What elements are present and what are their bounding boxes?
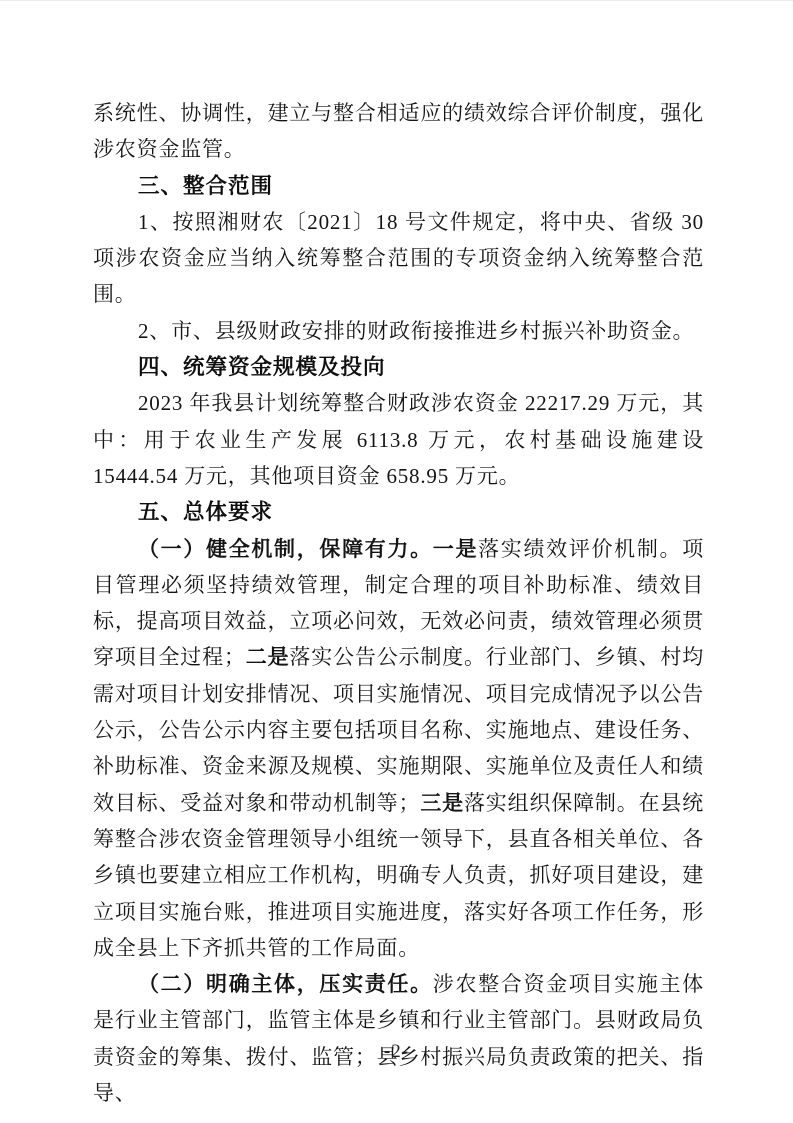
heading-section-4: 四、统筹资金规模及投向 [93, 349, 704, 385]
heading-section-5: 五、总体要求 [93, 494, 704, 530]
para-funding-scale: 2023 年我县计划统筹整合财政涉农资金 22217.29 万元，其中：用于农业… [93, 385, 704, 494]
para-requirement-1-run-3: 落实公告公示制度。行业部门、乡镇、村均需对项目计划安排情况、项目实施情况、项目完… [93, 645, 704, 814]
heading-section-4-run-0: 四、统筹资金规模及投向 [138, 355, 386, 379]
document-page: 系统性、协调性，建立与整合相适应的绩效综合评价制度，强化涉农资金监管。三、整合范… [0, 0, 793, 1123]
para-item-2: 2、市、县级财政安排的财政衔接推进乡村振兴补助资金。 [93, 313, 704, 349]
para-requirement-1-run-4: 三是 [420, 791, 464, 815]
para-requirement-1-run-0: （一）健全机制，保障有力。一是 [138, 537, 478, 561]
para-requirement-1: （一）健全机制，保障有力。一是落实绩效评价机制。项目管理必须坚持绩效管理，制定合… [93, 531, 704, 967]
para-funding-scale-run-0: 2023 年我县计划统筹整合财政涉农资金 22217.29 万元，其中：用于农业… [93, 391, 704, 488]
heading-section-3: 三、整合范围 [93, 168, 704, 204]
para-requirement-2: （二）明确主体，压实责任。涉农整合资金项目实施主体是行业主管部门，监管主体是乡镇… [93, 966, 704, 1111]
para-requirement-2-run-0: （二）明确主体，压实责任。 [138, 972, 433, 996]
heading-section-3-run-0: 三、整合范围 [138, 174, 273, 198]
para-continuation: 系统性、协调性，建立与整合相适应的绩效综合评价制度，强化涉农资金监管。 [93, 95, 704, 168]
page-footer: -2- [0, 1041, 793, 1063]
para-item-1: 1、按照湘财农〔2021〕18 号文件规定，将中央、省级 30 项涉农资金应当纳… [93, 204, 704, 313]
heading-section-5-run-0: 五、总体要求 [138, 500, 273, 524]
para-requirement-1-run-5: 落实组织保障制。在县统筹整合涉农资金管理领导小组统一领导下，县直各相关单位、各乡… [93, 791, 704, 960]
page-number: -2- [384, 1041, 409, 1062]
para-item-2-run-0: 2、市、县级财政安排的财政衔接推进乡村振兴补助资金。 [138, 319, 694, 343]
para-continuation-run-0: 系统性、协调性，建立与整合相适应的绩效综合评价制度，强化涉农资金监管。 [93, 101, 704, 161]
para-item-1-run-0: 1、按照湘财农〔2021〕18 号文件规定，将中央、省级 30 项涉农资金应当纳… [93, 210, 704, 307]
document-body: 系统性、协调性，建立与整合相适应的绩效综合评价制度，强化涉农资金监管。三、整合范… [93, 95, 704, 1111]
para-requirement-1-run-2: 二是 [246, 645, 290, 669]
